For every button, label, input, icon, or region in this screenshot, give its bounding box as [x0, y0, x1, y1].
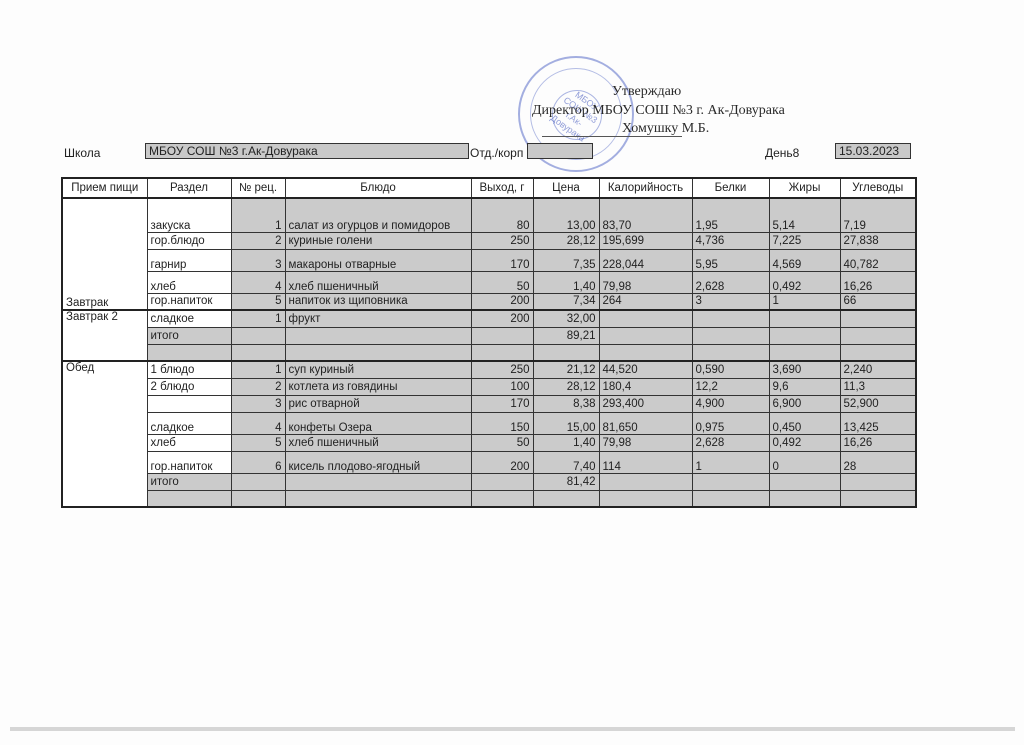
cell-carbs: [840, 344, 916, 361]
table-row: гор.блюдо2куриные голени25028,12195,6994…: [62, 232, 916, 249]
cell-dish: [285, 490, 471, 507]
cell-recipe: 3: [231, 249, 285, 271]
menu-table: Прием пищи Раздел № рец. Блюдо Выход, г …: [61, 177, 917, 508]
cell-calories: 293,400: [599, 395, 692, 412]
cell-calories: [599, 344, 692, 361]
cell-carbs: 66: [840, 293, 916, 310]
cell-yield: 80: [471, 198, 533, 232]
cell-dish: [285, 344, 471, 361]
cell-recipe: 5: [231, 434, 285, 451]
table-row: хлеб4хлеб пшеничный501,4079,982,6280,492…: [62, 271, 916, 293]
cell-calories: 81,650: [599, 412, 692, 434]
cell-fats: 0,492: [769, 434, 840, 451]
cell-calories: [599, 473, 692, 490]
table-row: итого89,21: [62, 327, 916, 344]
col-header-price: Цена: [533, 178, 599, 198]
cell-calories: 79,98: [599, 434, 692, 451]
cell-dish: макароны отварные: [285, 249, 471, 271]
cell-price: 1,40: [533, 271, 599, 293]
col-header-calories: Калорийность: [599, 178, 692, 198]
cell-calories: [599, 490, 692, 507]
cell-section: гор.напиток: [147, 293, 231, 310]
cell-price: [533, 490, 599, 507]
cell-recipe: 2: [231, 378, 285, 395]
cell-fats: 9,6: [769, 378, 840, 395]
table-row: Обед1 блюдо1суп куриный25021,1244,5200,5…: [62, 361, 916, 378]
cell-dish: куриные голени: [285, 232, 471, 249]
cell-dish: напиток из щиповника: [285, 293, 471, 310]
col-header-proteins: Белки: [692, 178, 769, 198]
scan-edge: [10, 727, 1015, 731]
cell-calories: [599, 327, 692, 344]
cell-recipe: 4: [231, 271, 285, 293]
approval-title: Утверждаю: [612, 84, 681, 100]
cell-calories: [599, 310, 692, 327]
cell-yield: 170: [471, 249, 533, 271]
cell-carbs: [840, 490, 916, 507]
cell-carbs: [840, 327, 916, 344]
cell-recipe: [231, 473, 285, 490]
table-row: хлеб5хлеб пшеничный501,4079,982,6280,492…: [62, 434, 916, 451]
table-row: 2 блюдо2котлета из говядины10028,12180,4…: [62, 378, 916, 395]
cell-proteins: 1,95: [692, 198, 769, 232]
cell-price: 15,00: [533, 412, 599, 434]
cell-calories: 264: [599, 293, 692, 310]
cell-recipe: [231, 490, 285, 507]
cell-calories: 44,520: [599, 361, 692, 378]
cell-calories: 195,699: [599, 232, 692, 249]
cell-section: сладкое: [147, 412, 231, 434]
cell-section: хлеб: [147, 434, 231, 451]
cell-carbs: 27,838: [840, 232, 916, 249]
col-header-carbs: Углеводы: [840, 178, 916, 198]
cell-section: закуска: [147, 198, 231, 232]
cell-section: гор.блюдо: [147, 232, 231, 249]
table-row: Завтрак 2сладкое1фрукт20032,00: [62, 310, 916, 327]
cell-yield: [471, 490, 533, 507]
cell-fats: [769, 473, 840, 490]
cell-carbs: 7,19: [840, 198, 916, 232]
cell-carbs: 28: [840, 451, 916, 473]
cell-fats: [769, 490, 840, 507]
date-field: 15.03.2023: [835, 143, 911, 159]
cell-dish: суп куриный: [285, 361, 471, 378]
cell-price: 81,42: [533, 473, 599, 490]
table-row: Завтракзакуска1салат из огурцов и помидо…: [62, 198, 916, 232]
cell-price: 7,35: [533, 249, 599, 271]
cell-yield: [471, 473, 533, 490]
approval-position: Директор МБОУ СОШ №3 г. Ак-Довурака: [532, 103, 785, 119]
cell-recipe: 6: [231, 451, 285, 473]
col-header-recipe: № рец.: [231, 178, 285, 198]
cell-proteins: 4,736: [692, 232, 769, 249]
cell-carbs: 2,240: [840, 361, 916, 378]
cell-carbs: 11,3: [840, 378, 916, 395]
cell-recipe: [231, 344, 285, 361]
cell-price: 28,12: [533, 378, 599, 395]
col-header-meal: Прием пищи: [62, 178, 147, 198]
cell-recipe: 1: [231, 310, 285, 327]
cell-fats: [769, 344, 840, 361]
cell-calories: 79,98: [599, 271, 692, 293]
cell-proteins: 0,975: [692, 412, 769, 434]
cell-proteins: 2,628: [692, 271, 769, 293]
cell-recipe: 3: [231, 395, 285, 412]
table-row: гор.напиток5напиток из щиповника2007,342…: [62, 293, 916, 310]
cell-price: 8,38: [533, 395, 599, 412]
cell-fats: 5,14: [769, 198, 840, 232]
cell-price: 7,34: [533, 293, 599, 310]
col-header-dish: Блюдо: [285, 178, 471, 198]
cell-fats: 3,690: [769, 361, 840, 378]
dept-field: [527, 143, 593, 159]
cell-price: 13,00: [533, 198, 599, 232]
cell-proteins: 2,628: [692, 434, 769, 451]
cell-dish: котлета из говядины: [285, 378, 471, 395]
cell-proteins: [692, 344, 769, 361]
cell-proteins: [692, 327, 769, 344]
cell-fats: 0: [769, 451, 840, 473]
col-header-yield: Выход, г: [471, 178, 533, 198]
approver-name: Хомушку М.Б.: [622, 121, 709, 137]
cell-price: 7,40: [533, 451, 599, 473]
cell-carbs: [840, 310, 916, 327]
cell-yield: 250: [471, 361, 533, 378]
cell-carbs: 40,782: [840, 249, 916, 271]
cell-dish: [285, 327, 471, 344]
cell-yield: [471, 327, 533, 344]
cell-yield: 150: [471, 412, 533, 434]
cell-section: [147, 395, 231, 412]
cell-recipe: 1: [231, 198, 285, 232]
cell-dish: фрукт: [285, 310, 471, 327]
cell-carbs: 16,26: [840, 271, 916, 293]
cell-dish: хлеб пшеничный: [285, 271, 471, 293]
table-row: сладкое4 конфеты Озера15015,0081,6500,97…: [62, 412, 916, 434]
cell-yield: [471, 344, 533, 361]
cell-section: хлеб: [147, 271, 231, 293]
cell-carbs: 13,425: [840, 412, 916, 434]
cell-yield: 250: [471, 232, 533, 249]
cell-proteins: [692, 490, 769, 507]
col-header-section: Раздел: [147, 178, 231, 198]
cell-recipe: 2: [231, 232, 285, 249]
cell-section: 1 блюдо: [147, 361, 231, 378]
cell-recipe: 5: [231, 293, 285, 310]
cell-fats: 0,450: [769, 412, 840, 434]
cell-meal: Обед: [62, 361, 147, 507]
cell-price: 32,00: [533, 310, 599, 327]
cell-carbs: [840, 473, 916, 490]
cell-section: гор.напиток: [147, 451, 231, 473]
cell-section: [147, 490, 231, 507]
cell-price: 1,40: [533, 434, 599, 451]
cell-fats: 6,900: [769, 395, 840, 412]
cell-dish: рис отварной: [285, 395, 471, 412]
signature-line: Хомушку М.Б.: [542, 122, 682, 137]
cell-fats: [769, 327, 840, 344]
cell-dish: кисель плодово-ягодный: [285, 451, 471, 473]
cell-proteins: [692, 310, 769, 327]
cell-dish: конфеты Озера: [285, 412, 471, 434]
cell-meal: Завтрак: [62, 198, 147, 310]
cell-recipe: 4: [231, 412, 285, 434]
cell-fats: 4,569: [769, 249, 840, 271]
table-row: 3рис отварной1708,38293,4004,9006,90052,…: [62, 395, 916, 412]
cell-fats: [769, 310, 840, 327]
cell-section: гарнир: [147, 249, 231, 271]
cell-section: [147, 344, 231, 361]
cell-recipe: [231, 327, 285, 344]
dept-label: Отд./корп: [470, 146, 523, 160]
cell-dish: салат из огурцов и помидоров: [285, 198, 471, 232]
col-header-fats: Жиры: [769, 178, 840, 198]
cell-calories: 114: [599, 451, 692, 473]
cell-section: 2 блюдо: [147, 378, 231, 395]
cell-fats: 0,492: [769, 271, 840, 293]
cell-proteins: 5,95: [692, 249, 769, 271]
cell-price: 21,12: [533, 361, 599, 378]
cell-calories: 228,044: [599, 249, 692, 271]
cell-dish: хлеб пшеничный: [285, 434, 471, 451]
cell-recipe: 1: [231, 361, 285, 378]
table-row: [62, 344, 916, 361]
cell-section: сладкое: [147, 310, 231, 327]
cell-yield: 170: [471, 395, 533, 412]
cell-proteins: [692, 473, 769, 490]
cell-price: 89,21: [533, 327, 599, 344]
cell-carbs: 52,900: [840, 395, 916, 412]
cell-carbs: 16,26: [840, 434, 916, 451]
cell-calories: 83,70: [599, 198, 692, 232]
cell-yield: 200: [471, 293, 533, 310]
table-header-row: Прием пищи Раздел № рец. Блюдо Выход, г …: [62, 178, 916, 198]
cell-section: итого: [147, 327, 231, 344]
cell-yield: 100: [471, 378, 533, 395]
school-field: МБОУ СОШ №3 г.Ак-Довурака: [145, 143, 469, 159]
day-label: День8: [765, 146, 799, 160]
cell-dish: [285, 473, 471, 490]
cell-price: [533, 344, 599, 361]
cell-proteins: 3: [692, 293, 769, 310]
cell-fats: 1: [769, 293, 840, 310]
cell-section: итого: [147, 473, 231, 490]
cell-yield: 200: [471, 451, 533, 473]
table-row: гарнир3макароны отварные1707,35228,0445,…: [62, 249, 916, 271]
table-row: гор.напиток6кисель плодово-ягодный2007,4…: [62, 451, 916, 473]
cell-proteins: 0,590: [692, 361, 769, 378]
cell-price: 28,12: [533, 232, 599, 249]
cell-fats: 7,225: [769, 232, 840, 249]
cell-yield: 200: [471, 310, 533, 327]
cell-proteins: 12,2: [692, 378, 769, 395]
cell-proteins: 1: [692, 451, 769, 473]
cell-proteins: 4,900: [692, 395, 769, 412]
table-row: [62, 490, 916, 507]
table-row: итого81,42: [62, 473, 916, 490]
cell-yield: 50: [471, 271, 533, 293]
cell-calories: 180,4: [599, 378, 692, 395]
cell-yield: 50: [471, 434, 533, 451]
school-label: Школа: [64, 146, 100, 160]
cell-meal: Завтрак 2: [62, 310, 147, 361]
